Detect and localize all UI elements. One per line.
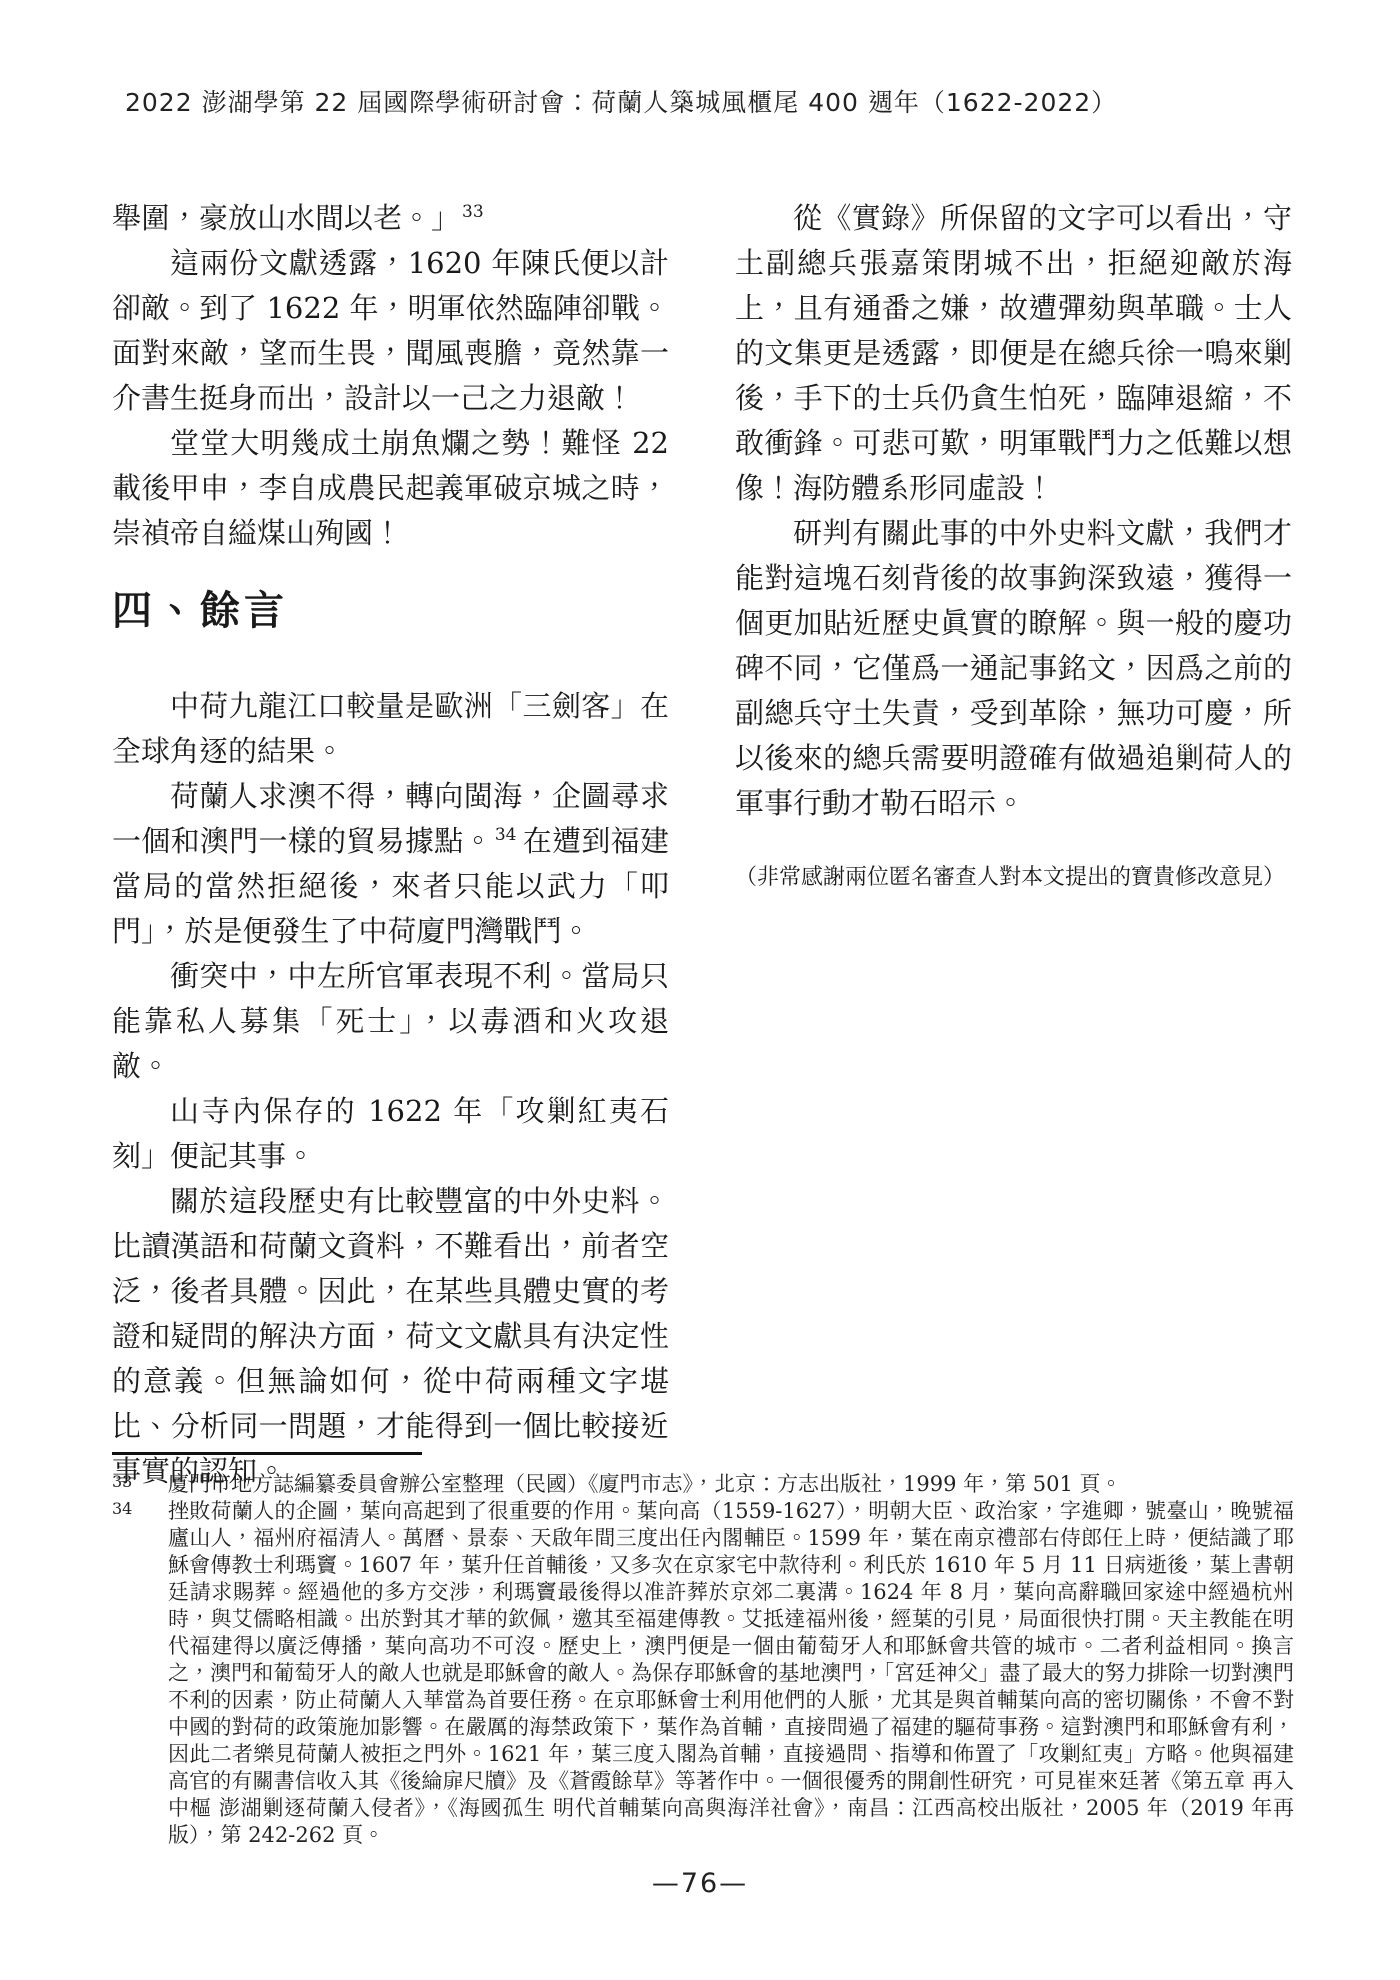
section-heading: 四、餘言 xyxy=(112,586,669,636)
right-column: 從《實錄》所保留的文字可以看出，守土副總兵張嘉策閉城不出，拒絕迎敵於海上，且有通… xyxy=(735,196,1292,895)
running-header: 2022 澎湖學第 22 屆國際學術研討會：荷蘭人築城風櫃尾 400 週年（16… xyxy=(125,88,1285,118)
acknowledgment-note: （非常感謝兩位匿名審查人對本文提出的寶貴修改意見） xyxy=(735,860,1292,895)
paragraph-text: 舉圍，豪放山水間以老。」 xyxy=(112,201,460,235)
footnote-number: 33 xyxy=(112,1468,168,1495)
paragraph: 研判有關此事的中外史料文獻，我們才能對這塊石刻背後的故事鉤深致遠，獲得一個更加貼… xyxy=(735,511,1292,826)
document-page: 2022 澎湖學第 22 屆國際學術研討會：荷蘭人築城風櫃尾 400 週年（16… xyxy=(0,0,1400,1980)
footnote-33: 33 廈門市地方誌編纂委員會辦公室整理（民國）《廈門市志》，北京：方志出版社，1… xyxy=(112,1471,1294,1498)
footnote-34: 34 挫敗荷蘭人的企圖，葉向高起到了很重要的作用。葉向高（1559-1627），… xyxy=(112,1498,1294,1849)
page-number: —76— xyxy=(0,1868,1400,1899)
paragraph: 這兩份文獻透露，1620 年陳氏便以計卻敵。到了 1622 年，明軍依然臨陣卻戰… xyxy=(112,241,669,421)
footnote-ref-33: 33 xyxy=(462,202,484,222)
footnote-separator-rule xyxy=(112,1452,422,1455)
paragraph: 從《實錄》所保留的文字可以看出，守土副總兵張嘉策閉城不出，拒絕迎敵於海上，且有通… xyxy=(735,196,1292,511)
footnote-text: 挫敗荷蘭人的企圖，葉向高起到了很重要的作用。葉向高（1559-1627），明朝大… xyxy=(168,1498,1294,1849)
footnote-text: 廈門市地方誌編纂委員會辦公室整理（民國）《廈門市志》，北京：方志出版社，1999… xyxy=(168,1471,1294,1498)
paragraph: 荷蘭人求澳不得，轉向閩海，企圖尋求一個和澳門一樣的貿易據點。34在遭到福建當局的… xyxy=(112,774,669,954)
paragraph: 關於這段歷史有比較豐富的中外史料。比讀漢語和荷蘭文資料，不難看出，前者空泛，後者… xyxy=(112,1179,669,1494)
left-column: 舉圍，豪放山水間以老。」33 這兩份文獻透露，1620 年陳氏便以計卻敵。到了 … xyxy=(112,196,669,1494)
paragraph: 堂堂大明幾成土崩魚爛之勢！難怪 22 載後甲申，李自成農民起義軍破京城之時，崇禎… xyxy=(112,421,669,556)
footnote-number: 34 xyxy=(112,1495,168,1522)
paragraph-continuation: 舉圍，豪放山水間以老。」33 xyxy=(112,196,669,241)
paragraph: 衝突中，中左所官軍表現不利。當局只能靠私人募集「死士」，以毒酒和火攻退敵。 xyxy=(112,954,669,1089)
paragraph: 中荷九龍江口較量是歐洲「三劍客」在全球角逐的結果。 xyxy=(112,684,669,774)
paragraph: 山寺內保存的 1622 年「攻剿紅夷石刻」便記其事。 xyxy=(112,1089,669,1179)
footnote-ref-34: 34 xyxy=(495,825,517,845)
footnotes-section: 33 廈門市地方誌編纂委員會辦公室整理（民國）《廈門市志》，北京：方志出版社，1… xyxy=(112,1452,1294,1849)
